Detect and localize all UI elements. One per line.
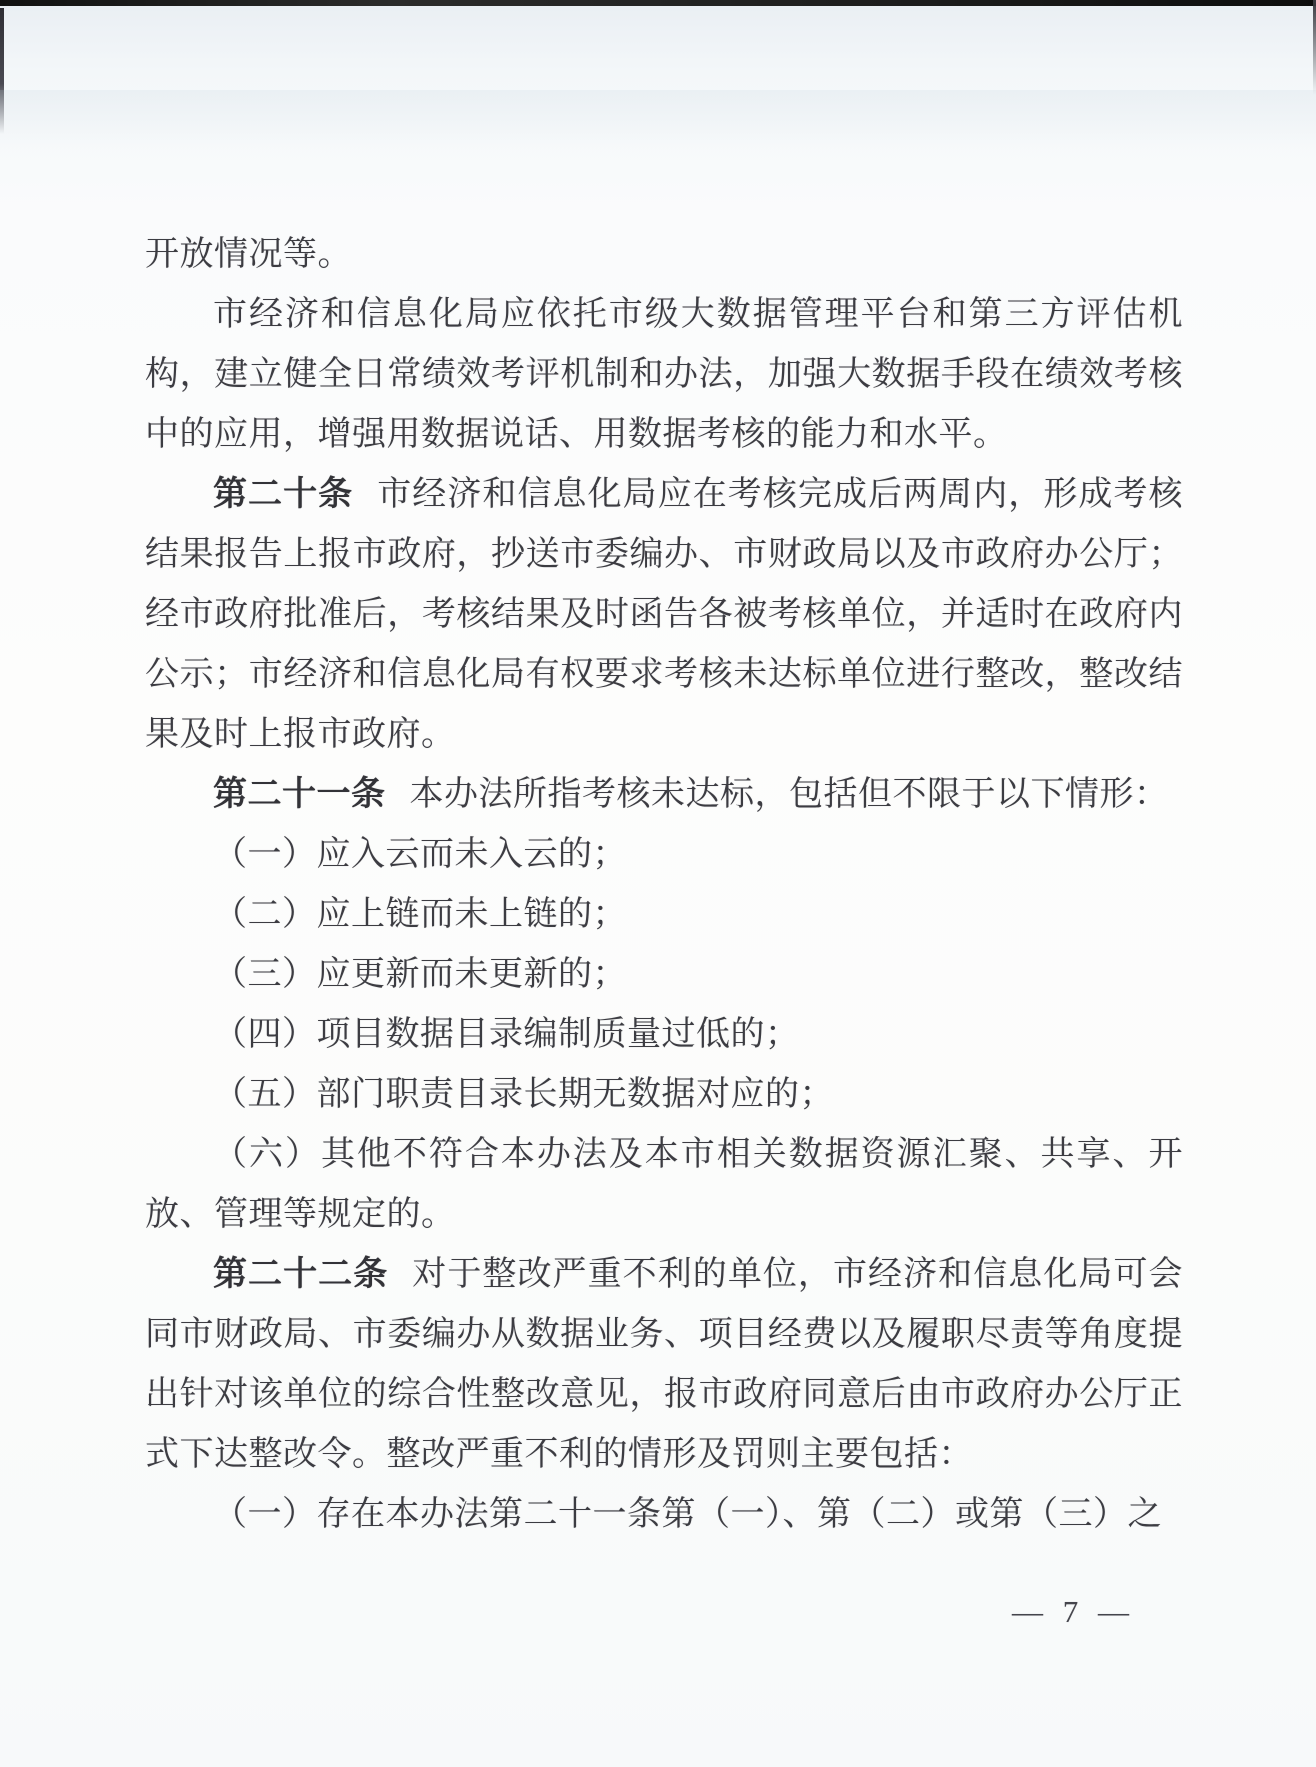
article-21-paragraph: 第二十一条本办法所指考核未达标，包括但不限于以下情形： xyxy=(145,765,1183,825)
paragraph-continuation: 开放情况等。 xyxy=(145,225,1183,285)
article-22-item-1: （一）存在本办法第二十一条第（一）、第（二）或第（三）之 xyxy=(145,1485,1183,1545)
article-21-item-2: （二）应上链而未上链的； xyxy=(145,885,1183,945)
article-20-paragraph: 第二十条市经济和信息化局应在考核完成后两周内，形成考核结果报告上报市政府，抄送市… xyxy=(145,465,1183,765)
article-21-item-5: （五）部门职责目录长期无数据对应的； xyxy=(145,1065,1183,1125)
article-21-item-1: （一）应入云而未入云的； xyxy=(145,825,1183,885)
article-21-item-6: （六）其他不符合本办法及本市相关数据资源汇聚、共享、开放、管理等规定的。 xyxy=(145,1125,1183,1245)
article-21-item-3: （三）应更新而未更新的； xyxy=(145,945,1183,1005)
scan-edge-top xyxy=(0,0,1316,6)
article-21-text: 本办法所指考核未达标，包括但不限于以下情形： xyxy=(410,776,1169,813)
article-22-paragraph: 第二十二条对于整改严重不利的单位，市经济和信息化局可会同市财政局、市委编办从数据… xyxy=(145,1245,1183,1485)
scan-edge-left xyxy=(0,8,4,134)
article-22-heading: 第二十二条 xyxy=(213,1256,388,1293)
paragraph-performance-review: 市经济和信息化局应依托市级大数据管理平台和第三方评估机构，建立健全日常绩效考评机… xyxy=(145,285,1183,465)
document-body: 开放情况等。 市经济和信息化局应依托市级大数据管理平台和第三方评估机构，建立健全… xyxy=(145,225,1183,1545)
article-20-heading: 第二十条 xyxy=(213,476,353,513)
page-number: — 7 — xyxy=(1012,1594,1135,1630)
scan-shade-band xyxy=(0,90,1316,150)
article-21-item-4: （四）项目数据目录编制质量过低的； xyxy=(145,1005,1183,1065)
article-21-heading: 第二十一条 xyxy=(213,776,386,813)
document-page: 开放情况等。 市经济和信息化局应依托市级大数据管理平台和第三方评估机构，建立健全… xyxy=(0,0,1316,1767)
article-20-text: 市经济和信息化局应在考核完成后两周内，形成考核结果报告上报市政府，抄送市委编办、… xyxy=(145,476,1183,753)
